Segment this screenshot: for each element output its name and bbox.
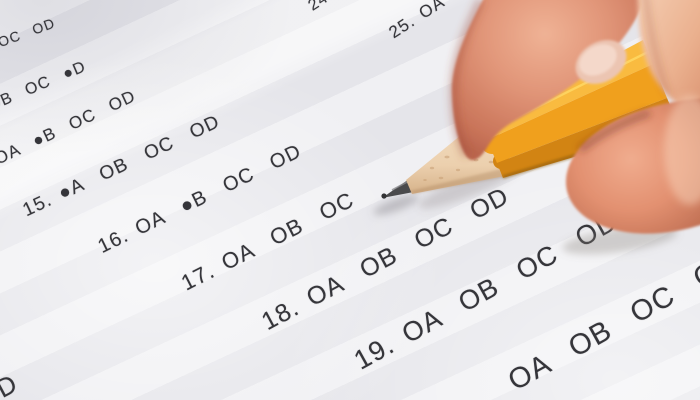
- photo-scene: OC OD OB OC ●D OA ●B OC OD 15.●A OB OC O…: [0, 0, 700, 400]
- pencil-and-hand: [0, 0, 700, 400]
